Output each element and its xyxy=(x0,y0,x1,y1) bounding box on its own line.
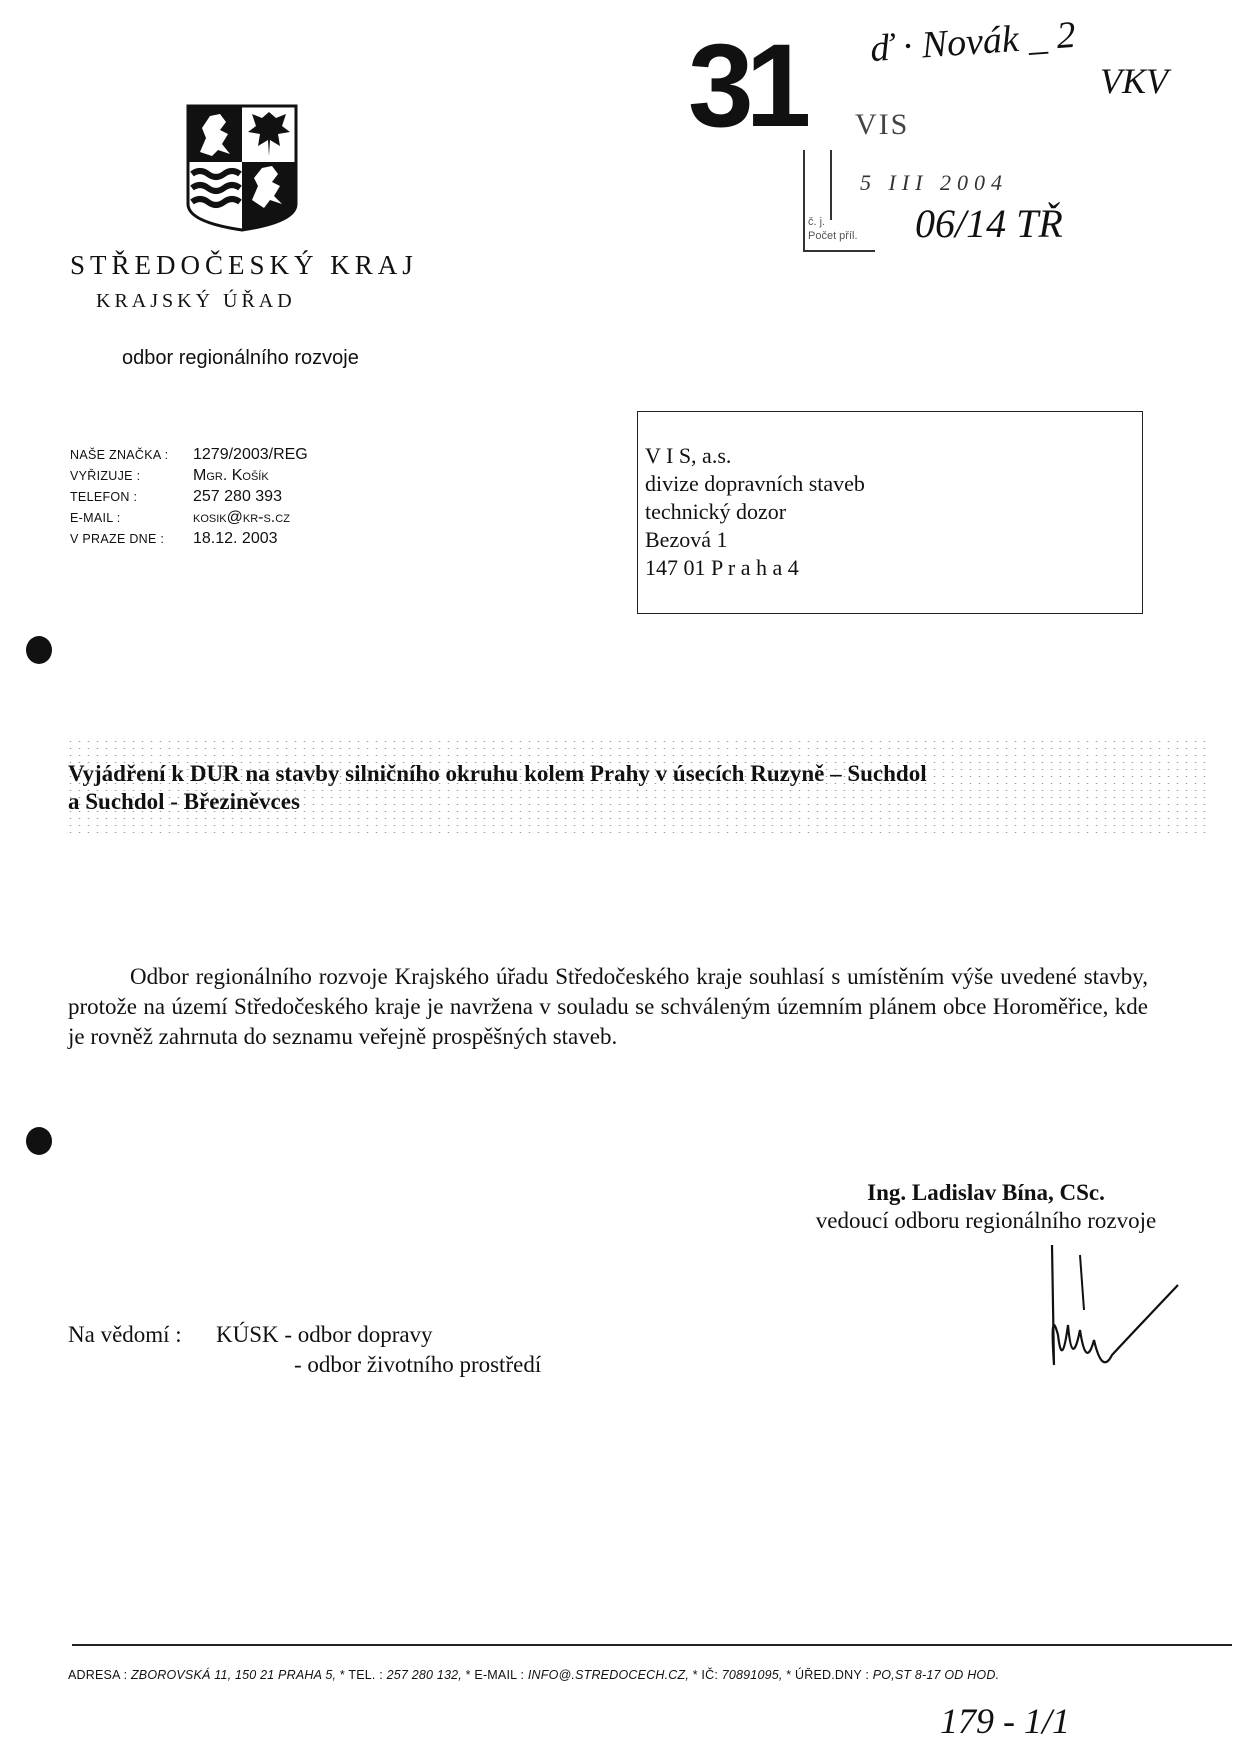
reference-label: V PRAZE DNE : xyxy=(70,532,193,546)
recipient-line: 147 01 P r a h a 4 xyxy=(645,554,865,582)
stamp-field: č. j. xyxy=(808,215,858,229)
stamp-field: Počet příl. xyxy=(808,229,858,243)
organization-subtitle: KRAJSKÝ ÚŘAD xyxy=(96,290,296,313)
letter-body: Odbor regionálního rozvoje Krajského úřa… xyxy=(68,962,1148,1052)
footer-address: ZBOROVSKÁ 11, 150 21 PRAHA 5, xyxy=(131,1668,336,1682)
footer-ic: 70891095, xyxy=(722,1668,783,1682)
footer-email-label: * E-MAIL : xyxy=(466,1668,525,1682)
footer-ic-label: * IČ: xyxy=(693,1668,718,1682)
reference-value: 18.12. 2003 xyxy=(193,530,278,548)
handwritten-initials: VKV xyxy=(1100,60,1168,102)
footer-tel-label: * TEL. : xyxy=(340,1668,383,1682)
recipient-line: Bezová 1 xyxy=(645,526,865,554)
reference-row: NAŠE ZNAČKA : 1279/2003/REG xyxy=(70,446,308,467)
reference-label: TELEFON : xyxy=(70,490,193,504)
received-stamp-org: VIS xyxy=(855,108,909,142)
handwritten-page-number: 179 - 1/1 xyxy=(940,1700,1070,1742)
recipient-address: V I S, a.s. divize dopravních staveb tec… xyxy=(645,442,865,582)
handwritten-signature-icon xyxy=(1040,1245,1180,1380)
reference-label: NAŠE ZNAČKA : xyxy=(70,448,193,462)
reference-value: Mgr. Košík xyxy=(193,467,269,485)
subject-heading: Vyjádření k DUR na stavby silničního okr… xyxy=(68,760,927,816)
coat-of-arms-icon xyxy=(186,104,298,232)
reference-row: E-MAIL : kosik@kr-s.cz xyxy=(70,509,308,530)
cc-recipient: KÚSK - odbor dopravy xyxy=(216,1322,433,1348)
footer-contact: ADRESA : ZBOROVSKÁ 11, 150 21 PRAHA 5, *… xyxy=(68,1668,999,1682)
footer-tel: 257 280 132, xyxy=(387,1668,462,1682)
reference-value: 1279/2003/REG xyxy=(193,446,308,464)
footer-hours: PO,ST 8-17 OD HOD. xyxy=(873,1668,1000,1682)
reference-row: V PRAZE DNE : 18.12. 2003 xyxy=(70,530,308,551)
signatory-name: Ing. Ladislav Bína, CSc. xyxy=(796,1180,1176,1206)
recipient-line: technický dozor xyxy=(645,498,865,526)
department-name: odbor regionálního rozvoje xyxy=(122,347,359,370)
signatory-role: vedoucí odboru regionálního rozvoje xyxy=(796,1208,1176,1234)
reference-block: NAŠE ZNAČKA : 1279/2003/REG VYŘIZUJE : M… xyxy=(70,446,308,551)
reference-label: VYŘIZUJE : xyxy=(70,469,193,483)
recipient-line: divize dopravních staveb xyxy=(645,470,865,498)
footer-hours-label: * ÚŘED.DNY : xyxy=(786,1668,869,1682)
received-stamp-date: 5 III 2004 xyxy=(860,170,1008,196)
footer-address-label: ADRESA : xyxy=(68,1668,127,1682)
organization-name: STŘEDOČESKÝ KRAJ xyxy=(70,250,418,281)
punch-hole xyxy=(26,636,52,664)
subject-line: a Suchdol - Březiněvces xyxy=(68,788,927,816)
cc-label: Na vědomí : xyxy=(68,1322,182,1348)
handwritten-note-top: ď · Novák _ 2 xyxy=(869,13,1077,71)
footer-email: INFO@.STREDOCECH.CZ, xyxy=(528,1668,689,1682)
reference-row: TELEFON : 257 280 393 xyxy=(70,488,308,509)
recipient-line: V I S, a.s. xyxy=(645,442,865,470)
reference-label: E-MAIL : xyxy=(70,511,193,525)
cc-recipient: - odbor životního prostředí xyxy=(294,1352,541,1378)
footer-divider xyxy=(72,1644,1232,1646)
reference-value: kosik@kr-s.cz xyxy=(193,509,290,527)
punch-hole xyxy=(26,1127,52,1155)
subject-line: Vyjádření k DUR na stavby silničního okr… xyxy=(68,760,927,788)
body-paragraph: Odbor regionálního rozvoje Krajského úřa… xyxy=(68,962,1148,1052)
stamp-number: 31 xyxy=(688,18,803,154)
received-stamp-divider xyxy=(830,150,832,220)
reference-value: 257 280 393 xyxy=(193,488,282,506)
reference-row: VYŘIZUJE : Mgr. Košík xyxy=(70,467,308,488)
handwritten-date: 06/14 TŘ xyxy=(915,200,1063,247)
received-stamp-fields: č. j. Počet příl. xyxy=(808,215,858,243)
